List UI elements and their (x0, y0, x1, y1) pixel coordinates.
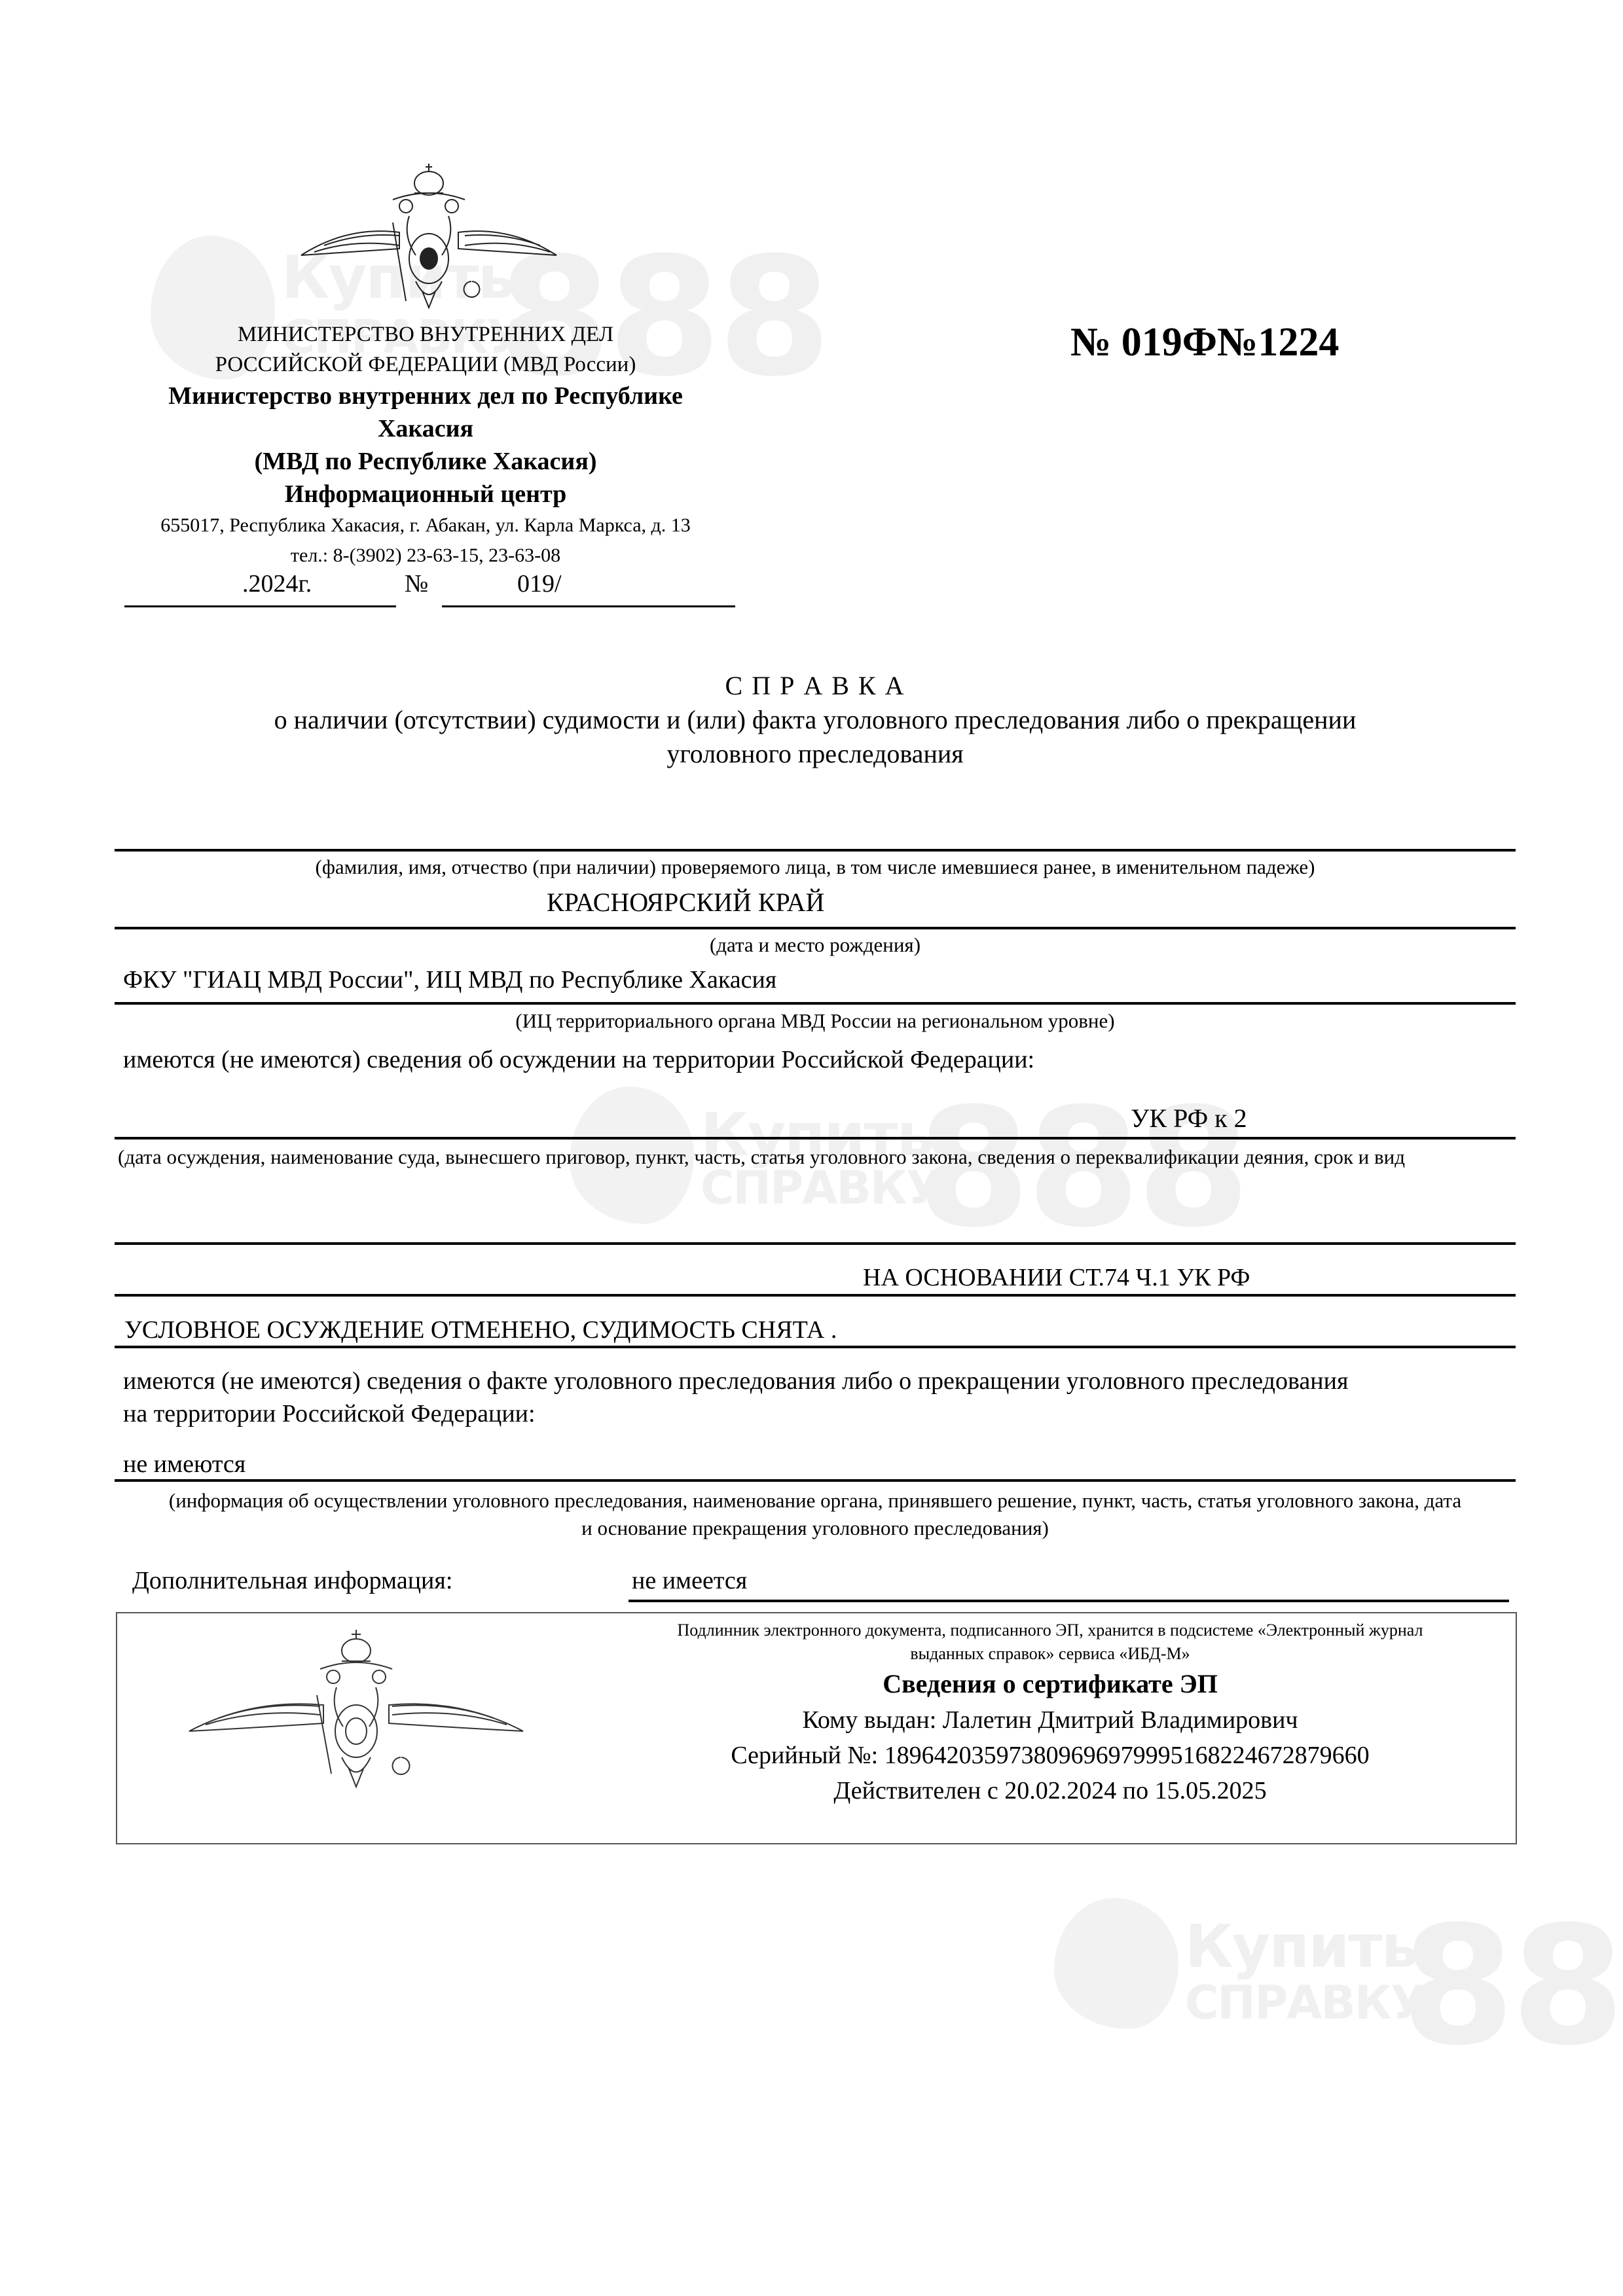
prosecution-caption: (информация об осуществлении уголовного … (111, 1487, 1519, 1542)
certificate-issued-to: Кому выдан: Лалетин Дмитрий Владимирович (615, 1702, 1486, 1738)
additional-info-line (629, 1600, 1509, 1602)
document-title: С П Р А В К А о наличии (отсутствии) суд… (111, 669, 1519, 771)
certificate-heading: Сведения о сертификате ЭП (615, 1666, 1486, 1702)
conviction-line-1 (115, 1137, 1516, 1139)
birth-value: КРАСНОЯРСКИЙ КРАЙ (547, 887, 824, 918)
conviction-line-2 (115, 1242, 1516, 1245)
conviction-caption: (дата осуждения, наименование суда, выне… (118, 1144, 1525, 1170)
ministry-line-2: РОССИЙСКОЙ ФЕДЕРАЦИИ (МВД России) (98, 350, 753, 380)
outgoing-date: .2024г. (242, 569, 312, 598)
info-center-name: Информационный центр (98, 478, 753, 511)
certificate-note-2: выданных справок» сервиса «ИБД-М» (615, 1642, 1486, 1666)
date-underline (124, 605, 396, 607)
title-heading: С П Р А В К А (111, 669, 1519, 703)
certificate-note-1: Подлинник электронного документа, подпис… (615, 1619, 1486, 1642)
mvd-emblem-icon (295, 160, 570, 311)
conviction-line-3 (115, 1294, 1516, 1297)
prosecution-caption-1: (информация об осуществлении уголовного … (111, 1487, 1519, 1515)
mvd-emblem-icon (179, 1623, 539, 1793)
org-header: МИНИСТЕРСТВО ВНУТРЕННИХ ДЕЛ РОССИЙСКОЙ Ф… (98, 319, 753, 571)
certificate-validity: Действителен с 20.02.2024 по 15.05.2025 (615, 1773, 1486, 1808)
prosecution-intro-1: имеются (не имеются) сведения о факте уг… (123, 1365, 1348, 1397)
full-name-line (115, 849, 1516, 852)
regional-line-3: (МВД по Республике Хакасия) (98, 445, 753, 478)
certificate-info: Подлинник электронного документа, подпис… (615, 1619, 1486, 1808)
title-subtitle-2: уголовного преследования (111, 737, 1519, 771)
additional-info-label: Дополнительная информация: (132, 1566, 452, 1595)
full-name-caption: (фамилия, имя, отчество (при наличии) пр… (111, 854, 1519, 880)
certificate-serial: Серийный №: 1896420359738096969799951682… (615, 1738, 1486, 1773)
birth-line (115, 927, 1516, 929)
prosecution-line (115, 1479, 1516, 1482)
conviction-line-3-value: НА ОСНОВАНИИ СТ.74 Ч.1 УК РФ (863, 1263, 1250, 1292)
document-number: № 019Ф№1224 (1070, 319, 1339, 366)
conviction-intro: имеются (не имеются) сведения об осужден… (123, 1045, 1034, 1074)
prosecution-intro-2: на территории Российской Федерации: (123, 1397, 1348, 1430)
ic-caption: (ИЦ территориального органа МВД России н… (111, 1008, 1519, 1034)
regional-line-2: Хакасия (98, 412, 753, 445)
conviction-line-4-value: УСЛОВНОЕ ОСУЖДЕНИЕ ОТМЕНЕНО, СУДИМОСТЬ С… (124, 1316, 837, 1344)
org-phone: тел.: 8-(3902) 23-63-15, 23-63-08 (98, 541, 753, 571)
number-sign: № (405, 569, 428, 598)
outgoing-number: 019/ (517, 569, 562, 598)
org-address: 655017, Республика Хакасия, г. Абакан, у… (98, 511, 753, 541)
conviction-line-4 (115, 1346, 1516, 1348)
ic-value: ФКУ "ГИАЦ МВД России", ИЦ МВД по Республ… (123, 965, 776, 994)
number-underline (442, 605, 735, 607)
title-subtitle-1: о наличии (отсутствии) судимости и (или)… (111, 703, 1519, 737)
birth-caption: (дата и место рождения) (111, 932, 1519, 958)
prosecution-caption-2: и основание прекращения уголовного пресл… (111, 1515, 1519, 1542)
prosecution-value: не имеются (123, 1450, 246, 1479)
conviction-line-1-value: УК РФ к 2 (1131, 1103, 1247, 1134)
regional-line-1: Министерство внутренних дел по Республик… (98, 380, 753, 412)
watermark-bottom: Купить СПРАВКУ 888 (1054, 1898, 1565, 2068)
ic-line (115, 1002, 1516, 1005)
prosecution-intro: имеются (не имеются) сведения о факте уг… (123, 1365, 1348, 1430)
watermark-middle: Купить СПРАВКУ 888 (570, 1086, 1080, 1257)
additional-info-value: не имеется (632, 1566, 747, 1595)
ministry-line-1: МИНИСТЕРСТВО ВНУТРЕННИХ ДЕЛ (98, 319, 753, 350)
certificate-box: Подлинник электронного документа, подпис… (116, 1612, 1517, 1844)
